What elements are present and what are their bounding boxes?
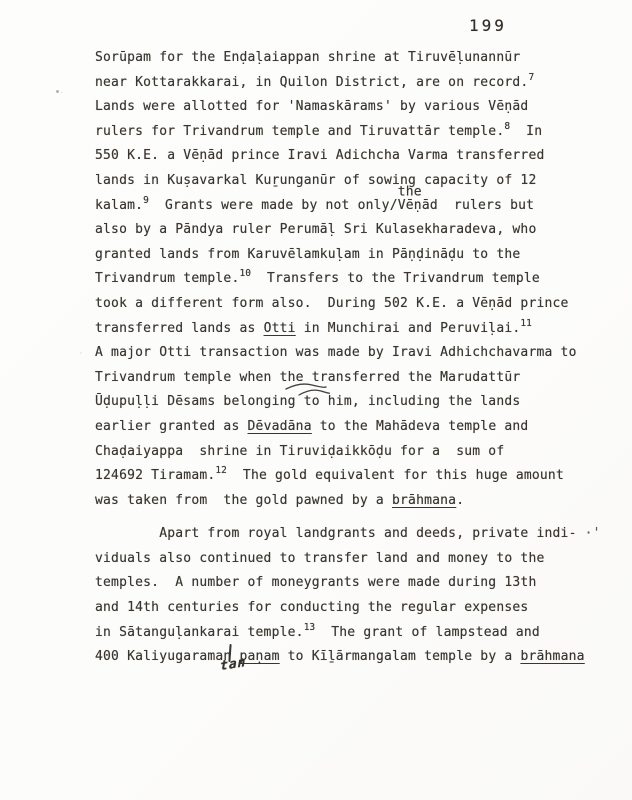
scan-speck: [80, 352, 82, 354]
text-run: In: [510, 124, 542, 139]
text-line: viduals also continued to transfer land …: [95, 547, 605, 572]
text-run: .: [456, 493, 464, 508]
text-run: Trivandrum temple when the transferred t…: [95, 370, 520, 385]
text-line: rulers for Trivandrum temple and Tiruvat…: [95, 120, 605, 145]
text-line: in Sātanguḷankarai temple.13 The grant o…: [95, 621, 605, 646]
text-run: and 14th centuries for conducting the re…: [95, 600, 528, 615]
text-line: A major Otti transaction was made by Ira…: [95, 341, 605, 366]
text-line: also by a Pāndya ruler Perumāḷ Sri Kulas…: [95, 218, 605, 243]
text-line: 124692 Tiramam.12 The gold equivalent fo…: [95, 464, 605, 489]
text-run: viduals also continued to transfer land …: [95, 551, 545, 566]
text-run: Transfers to the Trivandrum temple: [251, 271, 540, 286]
text-line: 550 K.E. a Vēṇād prince Iravi Adichcha V…: [95, 144, 605, 169]
scan-smudge-text: ·': [577, 526, 601, 541]
text-line: was taken from the gold pawned by a brāh…: [95, 489, 605, 514]
footnote-ref: 8: [504, 115, 510, 140]
footnote-ref: 9: [143, 189, 149, 214]
text-line: Trivandrum temple when the transferred t…: [95, 366, 605, 391]
text-run: near Kottarakkarai, in Quilon District, …: [95, 75, 528, 90]
text-line: Apart from royal landgrants and deeds, p…: [95, 522, 605, 547]
text-line: temples. A number of moneygrants were ma…: [95, 571, 605, 596]
underlined-term: brāhmana: [520, 649, 584, 664]
footnote-ref: 13: [304, 616, 315, 641]
text-run: Sorūpam for the Enḍaḷaiappan shrine at T…: [95, 50, 520, 65]
text-line: Trivandrum temple.10 Transfers to the Tr…: [95, 267, 605, 292]
text-run: in Munchirai and Peruviḷai.: [296, 321, 521, 336]
footnote-ref: 10: [239, 262, 250, 287]
text-line: transferred lands as Otti in Munchirai a…: [95, 317, 605, 342]
text-run: kalam.: [95, 198, 143, 213]
scan-speck: [56, 90, 59, 93]
text-run: Chaḍaiyappa shrine in Tiruviḍaikkōḍu for…: [95, 444, 504, 459]
text-line: Chaḍaiyappa shrine in Tiruviḍaikkōḍu for…: [95, 440, 605, 465]
text-line: and 14th centuries for conducting the re…: [95, 596, 605, 621]
text-run: Vēṇād rulers but: [398, 198, 534, 213]
text-run: 124692 Tiramam.: [95, 468, 215, 483]
text-run: A major Otti transaction was made by Ira…: [95, 345, 577, 360]
text-line: Lands were allotted for 'Namaskārams' by…: [95, 95, 605, 120]
text-line: 400 Kaliyugaraman paṇam to Kīḻārmangalam…: [95, 645, 605, 670]
text-run: to Kīḻārmangalam temple by a: [280, 649, 521, 664]
text-line: lands in Kuṣavarkal Kuṟunganūr of sowing…: [95, 169, 605, 194]
underlined-term: Otti: [264, 321, 296, 336]
text-run: Trivandrum temple.: [95, 271, 239, 286]
handwritten-correction: tan: [220, 655, 246, 674]
page-number: 199: [469, 16, 507, 35]
underlined-term: Dēvadāna: [248, 419, 312, 434]
text-line: granted lands from Karuvēlamkuḷam in Pāṇ…: [95, 243, 605, 268]
text-line: kalam.9 Grants were made by not only/the…: [95, 194, 605, 219]
scan-speck: [561, 528, 563, 530]
text-run: The grant of lampstead and: [315, 625, 540, 640]
footnote-ref: 12: [215, 459, 226, 484]
text-run: Ūḍupuḷḷi Dēsams belonging to him, includ…: [95, 394, 520, 409]
text-run: The gold equivalent for this huge amount: [227, 468, 564, 483]
underlined-term: brāhmana: [392, 493, 456, 508]
text-run: 400 Kaliyugaraman: [95, 649, 239, 664]
text-run: temples. A number of moneygrants were ma…: [95, 575, 536, 590]
text-run: was taken from the gold pawned by a: [95, 493, 392, 508]
text-line: Ūḍupuḷḷi Dēsams belonging to him, includ…: [95, 390, 605, 415]
footnote-ref: 7: [528, 66, 534, 91]
footnote-ref: 11: [520, 312, 531, 337]
text-run: Grants were made by not only/: [149, 198, 398, 213]
text-run: lands in Kuṣavarkal Kuṟunganūr of sowing…: [95, 173, 536, 188]
text-line: earlier granted as Dēvadāna to the Mahād…: [95, 415, 605, 440]
text-line: near Kottarakkarai, in Quilon District, …: [95, 71, 605, 96]
text-run: rulers for Trivandrum temple and Tiruvat…: [95, 124, 504, 139]
scanned-document-page: 199 Sorūpam for the Enḍaḷaiappan shrine …: [0, 0, 632, 800]
text-run: also by a Pāndya ruler Perumāḷ Sri Kulas…: [95, 222, 536, 237]
text-run: granted lands from Karuvēlamkuḷam in Pāṇ…: [95, 247, 520, 262]
text-run: in Sātanguḷankarai temple.: [95, 625, 304, 640]
text-run: earlier granted as: [95, 419, 248, 434]
text-run: Lands were allotted for 'Namaskārams' by…: [95, 99, 528, 114]
text-run: took a different form also. During 502 K…: [95, 296, 569, 311]
text-run: 550 K.E. a Vēṇād prince Iravi Adichcha V…: [95, 148, 545, 163]
text-run: transferred lands as: [95, 321, 264, 336]
text-run: Apart from royal landgrants and deeds, p…: [95, 526, 577, 541]
text-run: to the Mahādeva temple and: [312, 419, 529, 434]
text-block: Sorūpam for the Enḍaḷaiappan shrine at T…: [95, 46, 605, 670]
